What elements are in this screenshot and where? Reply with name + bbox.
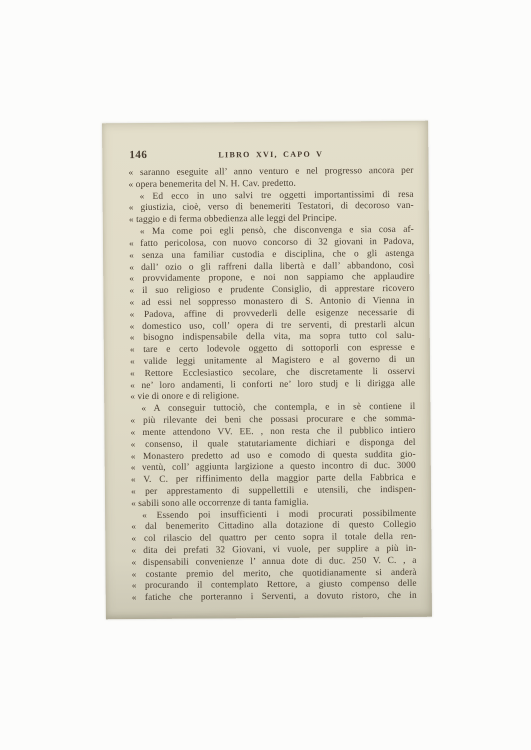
page-header: 146 LIBRO XVI, CAPO V [128, 147, 413, 162]
text-line: « fatiche che porteranno i Serventi, a d… [132, 591, 417, 605]
scan-backdrop: 146 LIBRO XVI, CAPO V « saranno eseguite… [0, 0, 531, 750]
text-line: « per apprestamento di suppellettili e u… [131, 485, 416, 499]
page-number: 146 [129, 149, 147, 161]
scanned-book-page: 146 LIBRO XVI, CAPO V « saranno eseguite… [102, 121, 432, 620]
body-text-block: « saranno eseguite all’ anno venturo e n… [128, 166, 416, 605]
running-header-title: LIBRO XVI, CAPO V [218, 150, 323, 160]
text-line: « saranno eseguite all’ anno venturo e n… [128, 166, 413, 180]
